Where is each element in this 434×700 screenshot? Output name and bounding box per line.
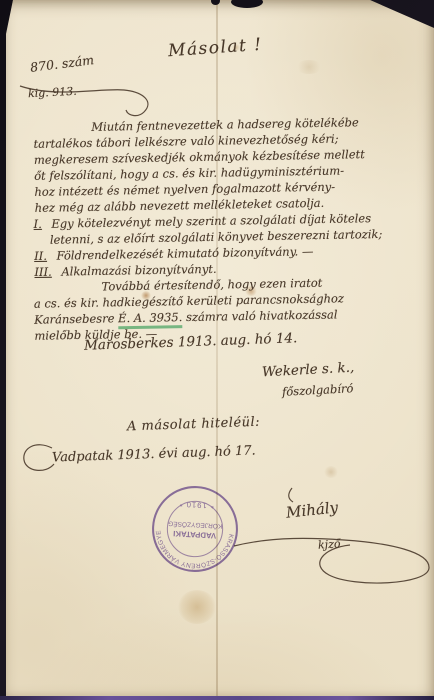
stamp-year-text: * 1910 * xyxy=(178,500,214,511)
attachment-list: I. Egy kötelezvényt mely szerint a szolg… xyxy=(33,210,383,280)
stamp-graphic: KRASSÓ-SZÖRÉNY VÁRMEGYE VADPATAKI KÖRJEG… xyxy=(148,482,243,577)
list-numeral: II. xyxy=(34,249,47,263)
list-numeral: III. xyxy=(34,265,52,279)
scan-edge-line xyxy=(0,696,434,700)
body-paragraph: Miután fentnevezettek a hadsereg kötelék… xyxy=(33,114,366,216)
stain xyxy=(178,590,216,624)
scanned-document: Másolat ! 870. szám kig. 913. Miután fen… xyxy=(0,0,434,700)
signature-title: kjző xyxy=(318,537,341,552)
stain xyxy=(324,466,338,478)
official-stamp: KRASSÓ-SZÖRÉNY VÁRMEGYE VADPATAKI KÖRJEG… xyxy=(148,482,243,577)
reference-code: kig. 913. xyxy=(28,85,77,101)
closing-ref-suffix: számra való hivatkozással xyxy=(182,307,337,324)
closing-ref-prefix: Karánsebesre xyxy=(34,311,118,326)
stamp-place-text: VADPATAKI xyxy=(173,529,216,540)
stain xyxy=(296,60,322,74)
stamp-outer-ring xyxy=(151,485,239,573)
list-numeral: I. xyxy=(33,217,41,231)
